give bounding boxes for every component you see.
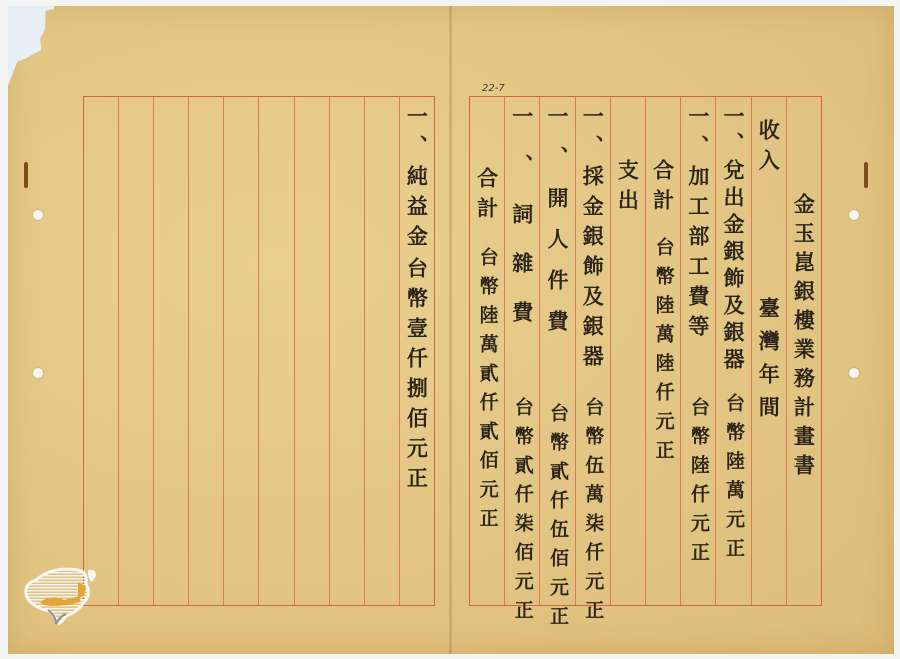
right-page-grid: 合計 台幣陸萬貳仟貳佰元正 一、詞雜費 台幣貳仟柒佰元正 一、開人件費 台幣貳仟… [469, 96, 822, 606]
expenses-heading: 支出 [617, 159, 638, 219]
grid-column [364, 97, 399, 605]
punch-hole [849, 210, 859, 220]
grid-column [258, 97, 293, 605]
grid-column [84, 97, 118, 605]
personnel-expenses-label: 一、開人件費 [547, 105, 568, 351]
processing-fees-label: 一、加工部工費等 [688, 105, 709, 345]
grid-column-income-total: 合計 台幣陸萬陸仟元正 [645, 97, 680, 605]
income-total-label: 合計 [653, 159, 674, 219]
grid-column-expenses-heading: 支出 [610, 97, 645, 605]
scanned-document: 一、純益金 台幣壹仟捌佰元正 22-7 合計 台幣陸萬貳仟貳佰元正 一、詞雜費 … [0, 0, 900, 659]
punch-hole [33, 210, 43, 220]
misc-expenses-label: 一、詞雜費 [512, 105, 533, 350]
fiscal-period: 臺灣年間 [758, 297, 779, 429]
grid-column-title: 金玉崑銀樓業務計畫書 [786, 97, 821, 605]
grid-column-processing-fees: 一、加工部工費等 台幣陸仟元正 [680, 97, 715, 605]
purchase-expenses-label: 一、採金銀飾及銀器 [582, 105, 603, 375]
net-profit-label: 一、純益金 [406, 105, 427, 255]
grid-column-personnel-expenses: 一、開人件費 台幣貳仟伍佰元正 [539, 97, 574, 605]
income-heading: 收入 [758, 119, 779, 179]
page-number-note: 22-7 [482, 83, 505, 94]
misc-expenses-amount: 台幣貳仟柒佰元正 [513, 397, 532, 629]
grid-column [118, 97, 153, 605]
expense-total-amount: 台幣陸萬貳仟貳佰元正 [478, 247, 497, 537]
punch-hole [849, 368, 859, 378]
grid-column-purchase-expenses: 一、採金銀飾及銀器 台幣伍萬柒仟元正 [575, 97, 610, 605]
left-page-grid: 一、純益金 台幣壹仟捌佰元正 [83, 96, 435, 606]
sales-income-label: 一、兌出金銀飾及銀器 [723, 105, 744, 375]
grid-column-expense-total: 合計 台幣陸萬貳仟貳佰元正 [470, 97, 504, 605]
staple-left [24, 162, 28, 188]
expense-total-label: 合計 [477, 167, 498, 227]
income-total-amount: 台幣陸萬陸仟元正 [654, 237, 673, 469]
grid-column-misc-expenses: 一、詞雜費 台幣貳仟柒佰元正 [504, 97, 539, 605]
grid-column [153, 97, 188, 605]
grid-column [223, 97, 258, 605]
staple-right [864, 162, 868, 188]
grid-column-net-profit: 一、純益金 台幣壹仟捌佰元正 [399, 97, 434, 605]
document-title: 金玉崑銀樓業務計畫書 [793, 193, 814, 483]
archive-logo-icon [22, 560, 102, 632]
grid-column [329, 97, 364, 605]
personnel-expenses-amount: 台幣貳仟伍佰元正 [548, 403, 567, 635]
net-profit-amount: 台幣壹仟捌佰元正 [406, 257, 427, 497]
grid-column [294, 97, 329, 605]
grid-column-income-heading: 收入 臺灣年間 [751, 97, 786, 605]
purchase-expenses-amount: 台幣伍萬柒仟元正 [583, 397, 602, 629]
grid-column-sales-income: 一、兌出金銀飾及銀器 台幣陸萬元正 [715, 97, 750, 605]
processing-fees-amount: 台幣陸仟元正 [689, 397, 708, 571]
center-fold [449, 6, 452, 654]
torn-corner [8, 6, 54, 86]
grid-column [188, 97, 223, 605]
punch-hole [33, 368, 43, 378]
sales-income-amount: 台幣陸萬元正 [724, 393, 743, 567]
